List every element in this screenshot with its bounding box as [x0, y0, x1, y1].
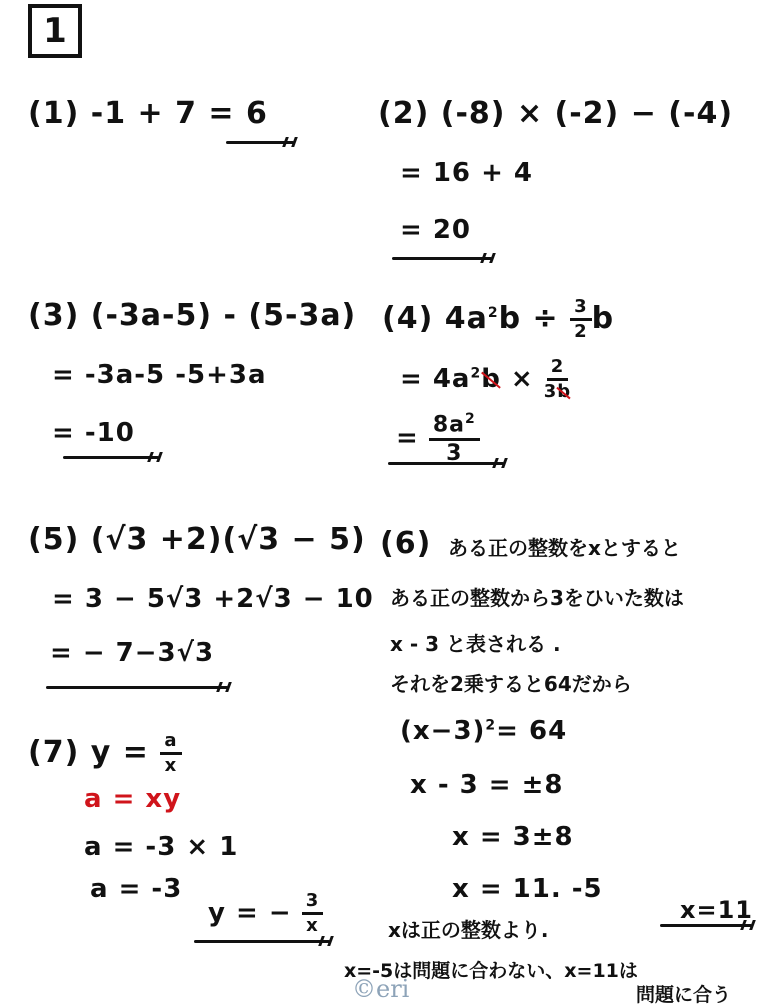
p6-equation-3: x = 3±8 [452, 822, 574, 852]
p7-label: (7) [28, 735, 79, 770]
p7-step-1: a = -3 × 1 [84, 832, 238, 862]
p6-text-line-3: x - 3 と表される . [390, 628, 561, 657]
p6-equation-4: x = 11. -5 [452, 874, 603, 904]
p6-eq1-base: (x−3) [400, 716, 485, 746]
p7-answer-underline [194, 940, 330, 943]
p4-step-1: = 4a2b × 2 3b [400, 358, 571, 401]
p5-label: (5) [28, 522, 79, 557]
p4-step1-fraction: 2 3b [544, 358, 571, 401]
p5-expression-line: (5) (√3 +2)(√3 − 5) [28, 522, 366, 557]
p3-step-2: = -10 [52, 418, 135, 448]
p1-line: (1) -1 + 7 = 6 [28, 96, 268, 131]
p7-eq1-num: a [160, 732, 181, 755]
p2-label: (2) [378, 96, 429, 131]
p4-expr-frac-den: 2 [574, 321, 588, 341]
p7-answer-num: 3 [302, 892, 324, 915]
p3-label: (3) [28, 298, 79, 333]
p2-expression-line: (2) (-8) × (-2) − (-4) [378, 96, 733, 131]
p2-step-2: = 20 [400, 215, 471, 245]
p5-answer-underline [46, 686, 228, 689]
p4-step1-frac-cancelled-b: b [557, 383, 571, 401]
p2-answer-underline [392, 257, 492, 260]
problem-number: 1 [43, 11, 67, 51]
p4-step1-frac-den-3: 3 [544, 381, 558, 402]
p6-equation-1: (x−3)2= 64 [400, 716, 567, 746]
problem-number-box: 1 [28, 4, 82, 58]
p4-step-2: = 8a2 3 [396, 412, 480, 465]
p6-text-line-4: それを2乗すると64だから [390, 668, 632, 697]
p7-answer-lhs: y = − [208, 898, 292, 928]
p4-expr-frac-num: 3 [570, 298, 592, 321]
p6-eq1-rhs: = 64 [496, 716, 567, 746]
p4-step1-cancelled-b: b [481, 364, 501, 394]
p4-expression-line: (4) 4a2b ÷ 3 2 b [382, 298, 614, 341]
p6-eq1-exponent: 2 [485, 717, 496, 733]
p6-answer-underline [660, 924, 752, 927]
p3-expression-line: (3) (-3a-5) - (5-3a) [28, 298, 356, 333]
p4-expr-exponent: 2 [488, 305, 499, 321]
p7-step-2: a = -3 [90, 874, 182, 904]
p7-answer-den: x [306, 915, 319, 935]
p5-step-1: = 3 − 5√3 +2√3 − 10 [52, 584, 374, 614]
p4-step2-num-exponent: 2 [465, 411, 476, 427]
p4-expr-suffix: b [592, 301, 614, 336]
p3-expression: (-3a-5) - (5-3a) [91, 298, 357, 333]
p6-text-line-1: ある正の整数をxとすると [448, 532, 681, 561]
p7-answer-fraction: 3 x [302, 892, 324, 935]
p3-answer-underline [63, 456, 159, 459]
p1-answer-underline [226, 141, 294, 144]
p4-step1-exponent: 2 [470, 365, 481, 381]
p7-eq1-lhs: y = [91, 735, 149, 770]
p6-answer: x=11 [680, 896, 753, 924]
p4-step1-frac-num: 2 [547, 358, 569, 381]
copyright-watermark: ©eri [352, 975, 409, 1003]
p7-eq1-fraction: a x [160, 732, 181, 775]
p7-equation-1: (7) y = a x [28, 732, 182, 775]
p2-step-1: = 16 + 4 [400, 158, 533, 188]
p6-equation-2: x - 3 = ±8 [410, 770, 564, 800]
p7-answer: y = − 3 x [208, 892, 323, 935]
p7-eq1-den: x [165, 755, 178, 775]
p4-step2-num-text: 8a [433, 412, 465, 437]
p2-expression: (-8) × (-2) − (-4) [441, 96, 733, 131]
p1-label: (1) [28, 96, 79, 131]
p4-expr-fraction: 3 2 [570, 298, 592, 341]
p5-expression: (√3 +2)(√3 − 5) [91, 522, 366, 557]
p4-answer-underline [388, 462, 504, 465]
p1-equation: -1 + 7 = 6 [91, 96, 268, 131]
p4-step1-op: × [501, 364, 544, 394]
p4-expr-prefix: 4a [445, 301, 488, 336]
p4-step1-prefix: = 4a [400, 364, 470, 394]
p4-step2-frac-num: 8a2 [429, 412, 480, 441]
p4-expr-mid: b ÷ [499, 301, 571, 336]
p6-conclusion-1: xは正の整数より. [388, 914, 549, 943]
p6-label: (6) [380, 526, 431, 561]
p6-text-line-2: ある正の整数から3をひいた数は [390, 582, 684, 611]
p3-step-1: = -3a-5 -5+3a [52, 360, 267, 390]
p5-step-2: = − 7−3√3 [50, 638, 214, 668]
p4-label: (4) [382, 301, 433, 336]
p4-step2-fraction: 8a2 3 [429, 412, 480, 465]
p6-conclusion-3: 問題に合う [636, 980, 731, 1007]
p4-step1-frac-den: 3b [544, 381, 571, 401]
p7-red-formula: a = xy [84, 784, 181, 814]
p4-step2-eq: = [396, 423, 419, 453]
